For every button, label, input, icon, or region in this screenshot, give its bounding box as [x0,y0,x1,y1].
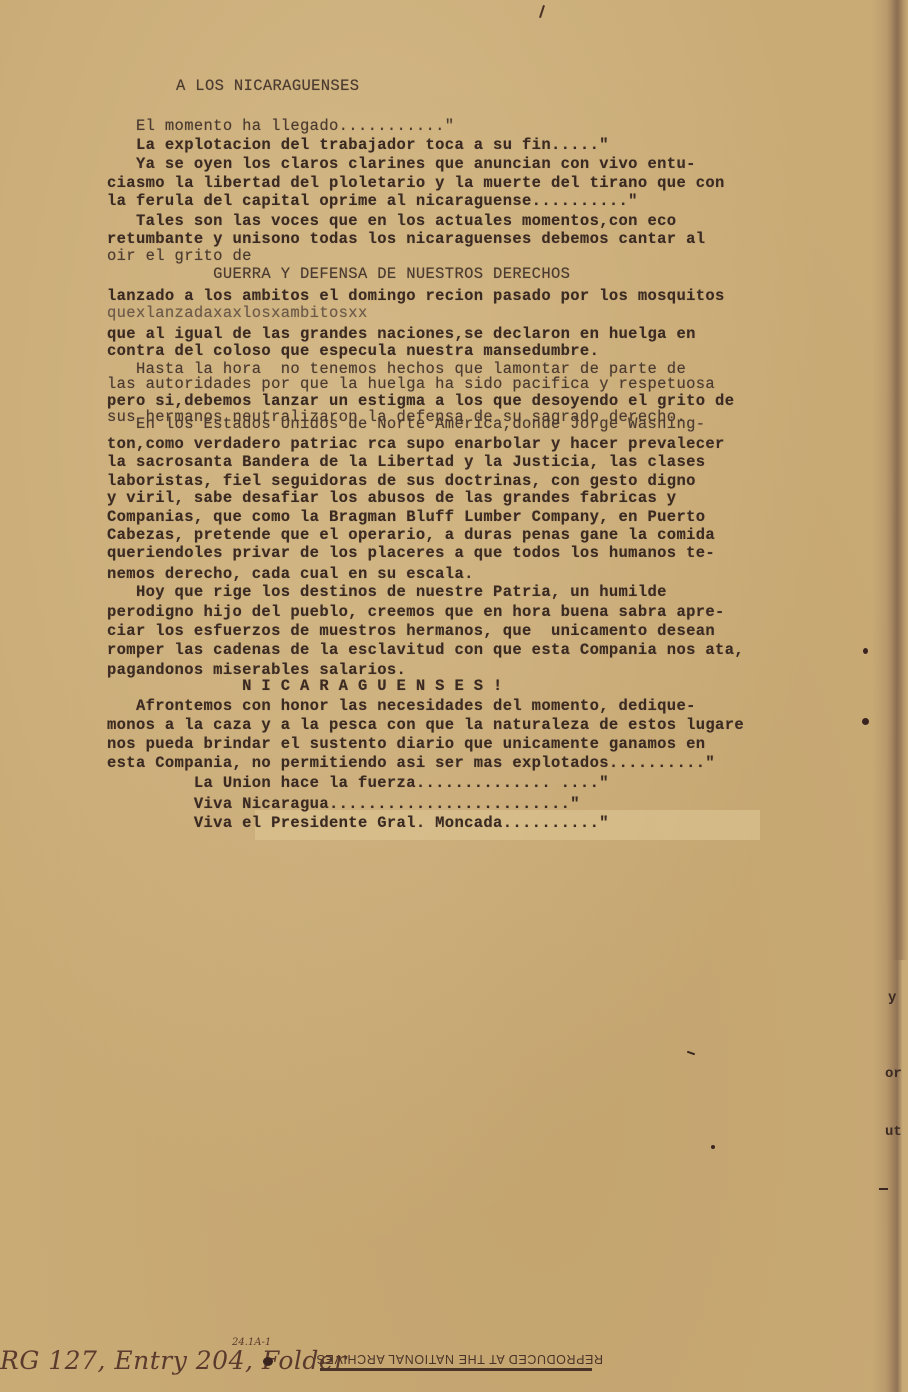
handwritten-citation: RG 127, Entry 204, Folder [0,1346,347,1375]
body-line: Tales son las voces que en los actuales … [107,214,676,230]
body-line: El momento ha llegado..........." [107,119,454,135]
body-line: que al igual de las grandes naciones,se … [107,327,696,343]
body-line: contra del coloso que especula nuestra m… [107,344,599,360]
closing-slogan: Viva Nicaragua........................." [107,797,580,813]
body-line: retumbante y unisono todas los nicarague… [107,232,705,248]
body-line: romper las cadenas de la esclavitud con … [107,643,744,659]
body-line: laboristas, fiel seguidoras de sus doctr… [107,474,696,490]
document-title: A LOS NICARAGUENSES [176,79,359,95]
stamp-underline [320,1368,592,1371]
body-line: perodigno hijo del pueblo, creemos que e… [107,605,725,621]
body-line: En los Estados Unidos de Norte America,d… [107,417,705,433]
body-line: Cabezas, pretende que el operario, a dur… [107,528,715,544]
margin-fragment: or [885,1066,902,1082]
body-line: lanzado a los ambitos el domingo recion … [107,289,725,305]
page-edge-shadow [892,0,908,960]
body-line: monos a la caza y a la pesca con que la … [107,718,744,734]
body-line: esta Compania, no permitiendo asi ser ma… [107,756,715,772]
body-line: Ya se oyen los claros clarines que anunc… [107,157,696,173]
ink-spot [711,1145,715,1149]
margin-fragment: ut [885,1124,902,1140]
body-line: la ferula del capital oprime al nicaragu… [107,194,638,210]
body-line: Companias, que como la Bragman Bluff Lum… [107,510,705,526]
body-line: y viril, sabe desafiar los abusos de las… [107,491,676,507]
body-line: la sacrosanta Bandera de la Libertad y l… [107,455,705,471]
body-line: ciasmo la libertad del ploletario y la m… [107,176,725,192]
handwritten-folder-number: 24.1A-1 [232,1337,271,1348]
body-line: las autoridades por que la huelga ha sid… [107,377,715,393]
struck-out-line: quexlanzadaxaxlosxambitosxx [107,306,368,322]
body-line: oir el grito de [107,249,252,265]
body-line: queriendoles privar de los placeres a qu… [107,546,715,562]
closing-slogan: Viva el Presidente Gral. Moncada........… [107,816,609,832]
body-line: ciar los esfuerzos de muestros hermanos,… [107,624,715,640]
margin-dash-mark [879,1188,888,1190]
section-heading: GUERRA Y DEFENSA DE NUESTROS DERECHOS [107,267,570,283]
body-line: Hoy que rige los destinos de nuestre Pat… [107,585,667,601]
body-line: ton,como verdadero patriac rca supo enar… [107,437,725,453]
section-heading: N I C A R A G U E N S E S ! [107,679,503,695]
ink-spot [863,648,868,654]
margin-fragment: y [888,990,896,1006]
ink-spot [862,718,869,725]
body-line: nemos derecho, cada cual en su escala. [107,567,474,583]
ink-blot [263,1357,273,1366]
body-line: Afrontemos con honor las necesidades del… [107,699,696,715]
closing-slogan: La Union hace la fuerza.............. ..… [107,776,609,792]
body-line: La explotacion del trabajador toca a su … [107,138,609,154]
archive-stamp: REPRODUCED AT THE NATIONAL ARCHIVES [316,1352,603,1366]
body-line: nos pueda brindar el sustento diario que… [107,737,705,753]
